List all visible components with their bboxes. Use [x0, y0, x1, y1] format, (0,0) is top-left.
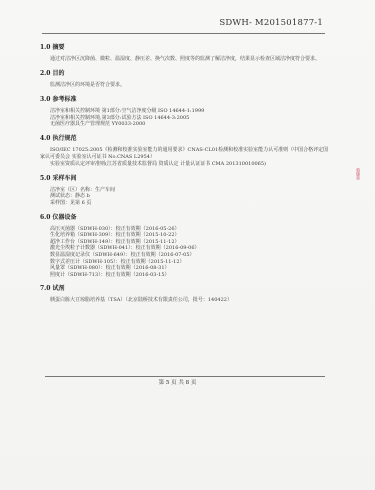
- seal-stamp: 骑缝章: [357, 168, 361, 180]
- list-item: 洁净室和相关控制环境 第1部分:空气洁净度分级 ISO 14644-1:1999: [50, 108, 330, 115]
- list-item: 无菌医疗器具生产管理规范 YY0033-2000: [50, 121, 330, 128]
- section-execution-specs: 4.0 执行规范 ISO/IEC 17025:2005《检测和校准实验室能力的通…: [40, 135, 330, 168]
- list-item: 洁净室（区）名称：生产车间: [50, 187, 330, 194]
- list-item: 胰蛋白胨大豆琼脂培养基（TSA）（北京陆桥技术有限责任公司，批号：140422）: [50, 297, 330, 304]
- paragraph: 通过对洁净区沉降菌、微粒、温湿度、静压差、换气次数、照度等的监测了解洁净度，结果…: [40, 56, 330, 63]
- section-title: 6.0 仪器设备: [40, 214, 330, 221]
- section-reference-standards: 3.0 参考标准 洁净室和相关控制环境 第1部分:空气洁净度分级 ISO 146…: [40, 96, 330, 128]
- section-title: 1.0 摘要: [40, 44, 330, 51]
- section-instruments: 6.0 仪器设备 高压灭菌器（SDWH-030）：校正有效期（2016-05-2…: [40, 214, 330, 279]
- list-item: 数显温湿度记录仪（SDWH-649）：校正有效期（2016-07-05）: [50, 252, 330, 259]
- list-item: 照度计（SDWH-713）：校正有效期（2016-03-15）: [50, 272, 330, 279]
- paragraph: 实验室资质认定评审准则(江苏省质量技术监督局 资质认定 计量认证证书 CMA 2…: [40, 161, 330, 168]
- paragraph: 监测洁净区的环境是否符合要求。: [40, 82, 330, 89]
- document-id: SDWH- M201501877-1: [219, 18, 323, 28]
- section-title: 5.0 采样车间: [40, 175, 330, 182]
- section-summary: 1.0 摘要 通过对洁净区沉降菌、微粒、温湿度、静压差、换气次数、照度等的监测了…: [40, 44, 330, 63]
- section-title: 7.0 试剂: [40, 285, 330, 292]
- section-title: 2.0 目的: [40, 70, 330, 77]
- section-sampling-workshop: 5.0 采样车间 洁净室（区）名称：生产车间 测试状态：静态 b 采样图：见第 …: [40, 175, 330, 207]
- page-number: 第 5 页 共 8 页: [0, 378, 375, 386]
- footer-divider: [45, 376, 325, 377]
- list-item: 测试状态：静态 b: [50, 193, 330, 200]
- document-body: 1.0 摘要 通过对洁净区沉降菌、微粒、温湿度、静压差、换气次数、照度等的监测了…: [40, 44, 330, 311]
- list-item: 采样图：见第 6 页: [50, 200, 330, 207]
- section-reagents: 7.0 试剂 胰蛋白胨大豆琼脂培养基（TSA）（北京陆桥技术有限责任公司，批号：…: [40, 285, 330, 304]
- section-title: 4.0 执行规范: [40, 135, 330, 142]
- paragraph: ISO/IEC 17025:2005《检测和校准实验室能力的通用要求》CNAS-…: [40, 147, 330, 161]
- list-item: 风量罩（SDWH-080）：校正有效期（2016-08-31）: [50, 265, 330, 272]
- list-item: 生化培养箱（SDWH-309）：校正有效期（2015-10-22）: [50, 232, 330, 239]
- document-page: SDWH- M201501877-1 1.0 摘要 通过对洁净区沉降菌、微粒、温…: [0, 0, 375, 490]
- section-purpose: 2.0 目的 监测洁净区的环境是否符合要求。: [40, 70, 330, 89]
- section-title: 3.0 参考标准: [40, 96, 330, 103]
- list-item: 激光尘埃粒子计数器（SDWH-041）：校正有效期（2016-09-06）: [50, 245, 330, 252]
- header-divider: [42, 33, 325, 34]
